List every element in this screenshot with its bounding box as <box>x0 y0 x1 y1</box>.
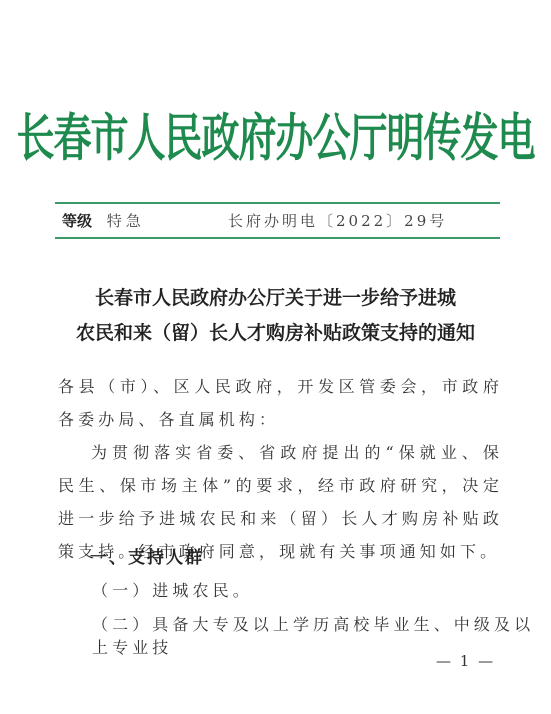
header-divider-top <box>55 202 500 204</box>
priority-label: 等级 <box>62 212 92 230</box>
document-title-line-1: 长春市人民政府办公厅关于进一步给予进城 <box>0 283 551 310</box>
masthead-title: 长春市人民政府办公厅明传发电 <box>0 96 551 170</box>
document-number: 长府办明电〔2022〕29号 <box>228 210 447 231</box>
section-heading: 一、支持人群 <box>90 543 204 568</box>
page-number: — 1 — <box>436 652 495 670</box>
header-divider-bottom <box>55 237 500 239</box>
priority-row: 等级 特急 <box>62 210 145 231</box>
section-item: （一）进城农民。 <box>92 578 253 601</box>
addressees: 各县（市）、区人民政府，开发区管委会，市政府各委办局、各直属机构： <box>58 370 503 436</box>
priority-value: 特急 <box>107 212 145 230</box>
document-title-line-2: 农民和来（留）长人才购房补贴政策支持的通知 <box>0 318 551 345</box>
